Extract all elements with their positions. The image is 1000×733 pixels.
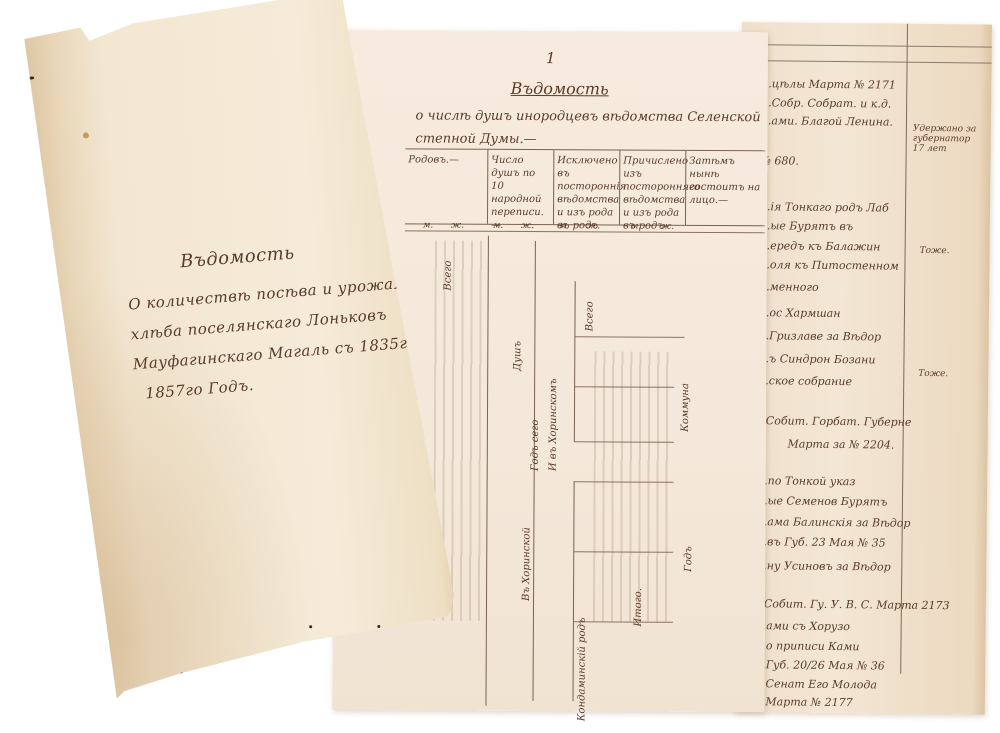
- entry-text: ...цѣлы Марта № 2171: [761, 77, 896, 91]
- entry-text: ...Гризлаве за Вѣдор: [759, 329, 881, 343]
- ruled-line: [574, 281, 576, 441]
- margin-note: Тоже.: [918, 369, 948, 379]
- entry-text: ...Губ. 20/26 Мая № 36: [755, 658, 885, 672]
- entry-text: ...ама Балинскія за Вѣдор: [757, 515, 911, 530]
- subheader: ж.: [521, 221, 534, 231]
- header-table: Родовъ.— Число душъ по 10 народной переп…: [405, 148, 765, 226]
- subheader: ж.: [587, 221, 600, 231]
- entry-text: ...по Тонкой указ: [757, 474, 855, 488]
- rotated-label: Годъ: [683, 546, 694, 572]
- header-cell: Число душъ по 10 народной переписи.—: [487, 150, 553, 224]
- rotated-cell-text: [593, 351, 674, 621]
- entry-text: ...о приписи Ками: [755, 639, 859, 653]
- ink-spot: [261, 656, 264, 659]
- ruled-line: [572, 481, 574, 701]
- subtitle-line: степной Думы.—: [415, 131, 536, 147]
- ink-spot: [309, 625, 312, 628]
- ink-spot: [180, 672, 183, 675]
- margin-note: Удержано за губернатор 17 лет: [913, 124, 983, 155]
- subheader: м.: [493, 221, 503, 231]
- ruled-line: [405, 230, 765, 233]
- entry-text: ...ередъ къ Балажин: [760, 239, 881, 253]
- entry-text: ...ос Хармшан: [759, 306, 841, 320]
- header-cell: Родовъ.—: [405, 149, 487, 223]
- entry-text: Марта за № 2204.: [788, 438, 895, 452]
- header-cell: Причислено изъ посторонняго вѣдомства и …: [619, 150, 685, 224]
- subheader: м.: [559, 221, 569, 231]
- rotated-label: Въ Хоринской: [521, 527, 532, 601]
- page-title: Въдомость: [511, 79, 609, 99]
- ruled-line: [742, 60, 992, 64]
- rotated-label: Коммуна: [680, 383, 691, 432]
- rotated-label: Кондаминскій родъ: [576, 617, 588, 721]
- subheader: м.: [631, 222, 641, 232]
- entry-text: ...оля къ Питостенном: [759, 258, 898, 272]
- entry-text: ...ъ Синдрон Бозани: [758, 352, 875, 366]
- margin-rule: [900, 24, 908, 674]
- entry-text: Собит. Горбат. Губерне: [766, 414, 912, 429]
- rotated-label: Душъ: [512, 341, 523, 371]
- entry-text: Собит. Гу. У. В. С. Марта 2173: [764, 597, 950, 612]
- entry-text: ...ами съ Хорузо: [756, 619, 850, 633]
- rotated-label: Годъ сего: [530, 420, 541, 471]
- entry-text: ...менного: [759, 280, 819, 294]
- subheader: ж.: [451, 221, 464, 231]
- subtitle-line: о числѣ душъ инородцевъ вѣдомства Селенс…: [416, 108, 761, 125]
- ink-spot: [29, 76, 34, 79]
- subheader: ж.: [661, 222, 674, 232]
- entry-text: ...ые Семенов Бурятъ: [757, 494, 887, 508]
- stain: [83, 132, 89, 138]
- cover-line: 1857го Годъ.: [145, 376, 255, 402]
- cover-title: Въдомость: [179, 242, 295, 272]
- entry-text: ...ія Тонкаго родъ Лаб: [760, 200, 889, 214]
- subheader: м.: [423, 220, 433, 230]
- entry-text: ...ское собрание: [758, 374, 852, 388]
- ruled-line: [742, 44, 992, 48]
- ruled-line: [574, 336, 684, 338]
- header-cell: Исключено въ постороннія вѣдомства и изъ…: [553, 150, 619, 224]
- sheet-right: ...цѣлы Марта № 2171 ...Собр. Собрат. и …: [735, 22, 992, 715]
- entry-text: ...ну Усиновъ за Вѣдор: [756, 559, 891, 573]
- entry-text: ...ами. Благой Ленина.: [761, 114, 893, 128]
- margin-note: Тоже.: [920, 246, 950, 256]
- entry-text: ...Собр. Собрат. и к.д.: [761, 96, 891, 110]
- header-cell: Затѣмъ нынѣ состоитъ на лицо.—: [685, 151, 765, 225]
- entry-text: ...Марта № 2177: [755, 695, 853, 709]
- entry-text: ...въ Губ. 23 Мая № 35: [756, 535, 885, 549]
- rotated-label: И въ Хоринскомъ: [548, 378, 559, 471]
- ink-spot: [377, 625, 380, 628]
- entry-text: ...ые Бурятъ въ: [760, 219, 853, 233]
- entry-text: ...Сенат Его Молода: [755, 677, 877, 691]
- page-number: 1: [546, 49, 556, 67]
- rotated-label: Всего: [584, 301, 595, 331]
